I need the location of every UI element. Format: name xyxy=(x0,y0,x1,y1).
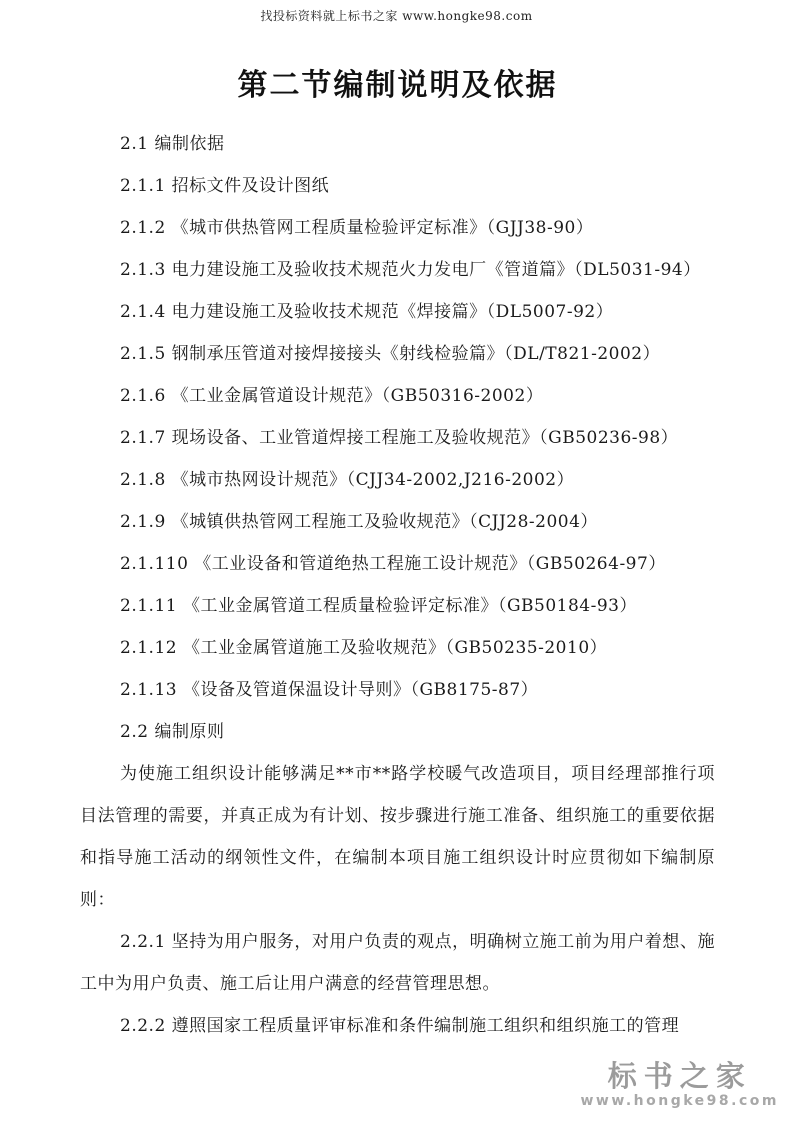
list-item-2-1-11: 2.1.11 《工业金属管道工程质量检验评定标准》（GB50184-93） xyxy=(80,585,715,627)
watermark-url: www.hongke98.com xyxy=(580,1092,779,1110)
list-item-2-2: 2.2 编制原则 xyxy=(80,711,715,753)
list-item-2-1-8: 2.1.8 《城市热网设计规范》（CJJ34-2002,J216-2002） xyxy=(80,459,715,501)
watermark: 标书之家 www.hongke98.com xyxy=(580,1060,779,1110)
list-item-2-1-1: 2.1.1 招标文件及设计图纸 xyxy=(80,165,715,207)
document-content: 第二节编制说明及依据 2.1 编制依据 2.1.1 招标文件及设计图纸 2.1.… xyxy=(80,63,715,1047)
page-header-watermark: 找投标资料就上标书之家 www.hongke98.com xyxy=(0,0,793,33)
paragraph-2-2-1: 2.2.1 坚持为用户服务，对用户负责的观点，明确树立施工前为用户着想、施工中为… xyxy=(80,921,715,1005)
list-item-2-1-110: 2.1.110 《工业设备和管道绝热工程施工设计规范》（GB50264-97） xyxy=(80,543,715,585)
list-item-2-1-5: 2.1.5 钢制承压管道对接焊接接头《射线检验篇》（DL/T821-2002） xyxy=(80,333,715,375)
paragraph-principles-intro: 为使施工组织设计能够满足**市**路学校暖气改造项目，项目经理部推行项目法管理的… xyxy=(80,753,715,921)
list-item-2-1: 2.1 编制依据 xyxy=(80,123,715,165)
list-item-2-1-6: 2.1.6 《工业金属管道设计规范》（GB50316-2002） xyxy=(80,375,715,417)
list-item-2-1-3: 2.1.3 电力建设施工及验收技术规范火力发电厂《管道篇》（DL5031-94） xyxy=(80,249,715,291)
list-item-2-1-13: 2.1.13 《设备及管道保温设计导则》（GB8175-87） xyxy=(80,669,715,711)
list-item-2-1-2: 2.1.2 《城市供热管网工程质量检验评定标准》（GJJ38-90） xyxy=(80,207,715,249)
paragraph-2-2-2: 2.2.2 遵照国家工程质量评审标准和条件编制施工组织和组织施工的管理 xyxy=(80,1005,715,1047)
document-page: 找投标资料就上标书之家 www.hongke98.com 第二节编制说明及依据 … xyxy=(0,0,793,1122)
section-title: 第二节编制说明及依据 xyxy=(80,63,715,109)
list-item-2-1-12: 2.1.12 《工业金属管道施工及验收规范》（GB50235-2010） xyxy=(80,627,715,669)
list-item-2-1-9: 2.1.9 《城镇供热管网工程施工及验收规范》（CJJ28-2004） xyxy=(80,501,715,543)
list-item-2-1-4: 2.1.4 电力建设施工及验收技术规范《焊接篇》（DL5007-92） xyxy=(80,291,715,333)
list-item-2-1-7: 2.1.7 现场设备、工业管道焊接工程施工及验收规范》（GB50236-98） xyxy=(80,417,715,459)
watermark-logo: 标书之家 xyxy=(580,1060,779,1092)
